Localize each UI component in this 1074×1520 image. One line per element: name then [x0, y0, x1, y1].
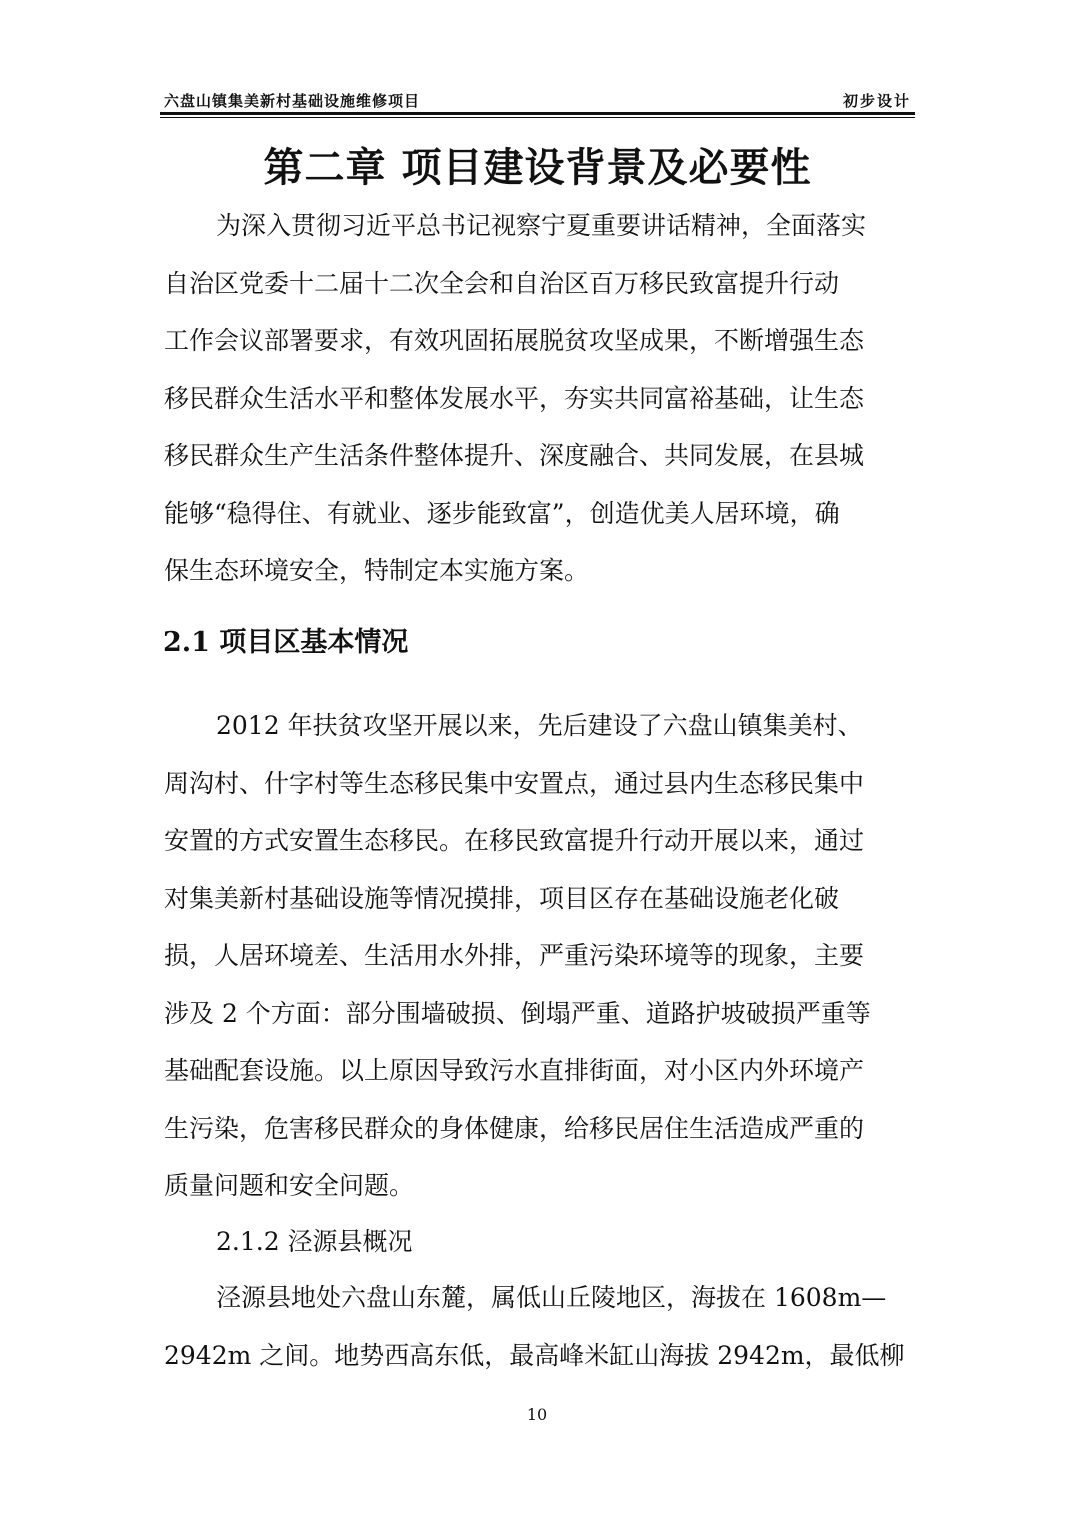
text-line: 涉及 2 个方面：部分围墙破损、倒塌严重、道路护坡破损严重等	[164, 985, 914, 1043]
header-project-title: 六盘山镇集美新村基础设施维修项目	[164, 90, 420, 111]
page-header: 六盘山镇集美新村基础设施维修项目 初步设计	[160, 88, 915, 118]
intro-paragraph: 为深入贯彻习近平总书记视察宁夏重要讲话精神，全面落实 自治区党委十二届十二次全会…	[164, 197, 914, 600]
text-line: 基础配套设施。以上原因导致污水直排街面，对小区内外环境产	[164, 1042, 914, 1100]
text-line: 2942m 之间。地势西高东低，最高峰米缸山海拔 2942m，最低柳	[164, 1327, 914, 1385]
subsection-heading-2-1-2: 2.1.2 泾源县概况	[216, 1222, 413, 1258]
text-line: 损，人居环境差、生活用水外排，严重污染环境等的现象，主要	[164, 927, 914, 985]
header-rule-thin	[160, 117, 915, 118]
text-line: 移民群众生产生活条件整体提升、深度融合、共同发展，在县城	[164, 427, 914, 485]
text-line: 为深入贯彻习近平总书记视察宁夏重要讲话精神，全面落实	[164, 197, 914, 255]
text-line: 保生态环境安全，特制定本实施方案。	[164, 542, 914, 600]
text-line: 自治区党委十二届十二次全会和自治区百万移民致富提升行动	[164, 255, 914, 313]
header-document-stage: 初步设计	[843, 90, 911, 111]
header-rule-thick	[160, 112, 915, 115]
text-line: 生污染，危害移民群众的身体健康，给移民居住生活造成严重的	[164, 1100, 914, 1158]
text-line: 泾源县地处六盘山东麓，属低山丘陵地区，海拔在 1608m—	[164, 1269, 914, 1327]
text-line: 质量问题和安全问题。	[164, 1157, 914, 1215]
page-number: 10	[0, 1405, 1074, 1424]
section-2-1-paragraph: 2012 年扶贫攻坚开展以来，先后建设了六盘山镇集美村、 周沟村、什字村等生态移…	[164, 697, 914, 1215]
text-line: 能够“稳得住、有就业、逐步能致富”，创造优美人居环境，确	[164, 485, 914, 543]
text-line: 2012 年扶贫攻坚开展以来，先后建设了六盘山镇集美村、	[164, 697, 914, 755]
text-line: 周沟村、什字村等生态移民集中安置点，通过县内生态移民集中	[164, 755, 914, 813]
text-line: 对集美新村基础设施等情况摸排，项目区存在基础设施老化破	[164, 870, 914, 928]
section-heading-2-1: 2.1 项目区基本情况	[163, 620, 408, 659]
text-line: 移民群众生活水平和整体发展水平，夯实共同富裕基础，让生态	[164, 370, 914, 428]
text-line: 安置的方式安置生态移民。在移民致富提升行动开展以来，通过	[164, 812, 914, 870]
section-2-1-2-paragraph: 泾源县地处六盘山东麓，属低山丘陵地区，海拔在 1608m— 2942m 之间。地…	[164, 1269, 914, 1384]
chapter-title: 第二章 项目建设背景及必要性	[160, 136, 915, 193]
text-line: 工作会议部署要求，有效巩固拓展脱贫攻坚成果，不断增强生态	[164, 312, 914, 370]
